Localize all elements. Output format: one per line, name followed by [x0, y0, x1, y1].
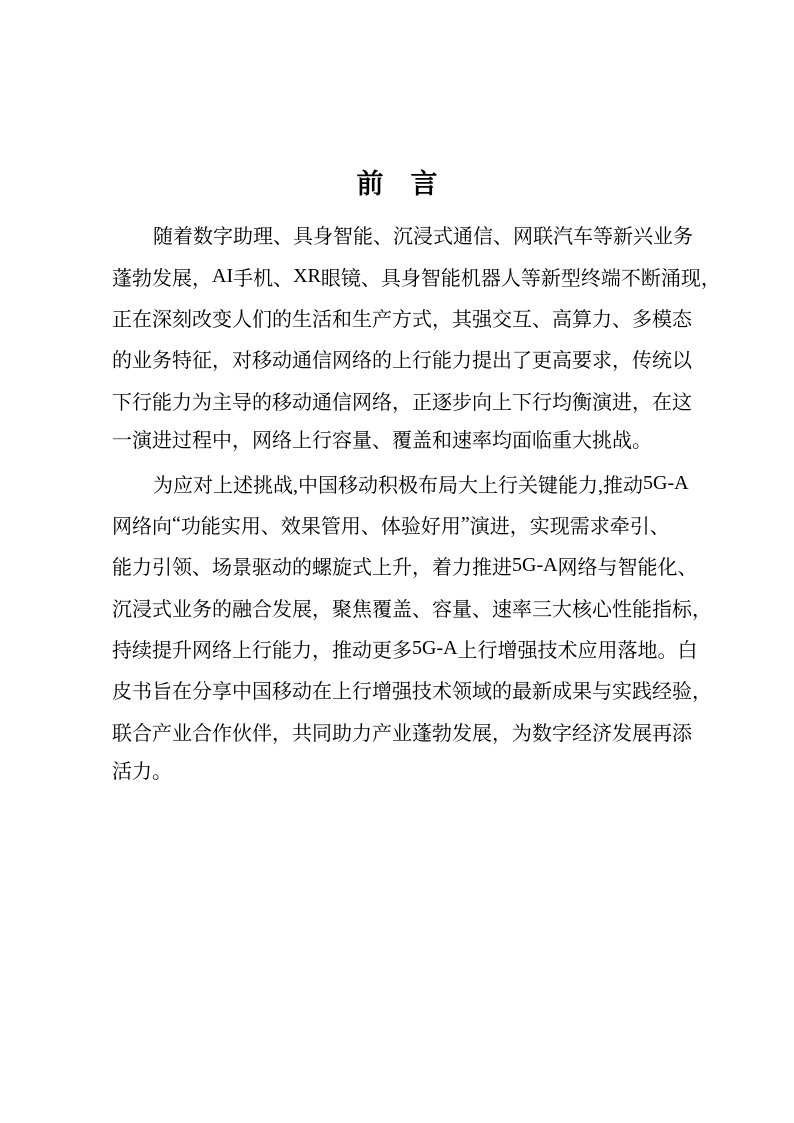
text-line: 蓬勃发展，AI手机、XR眼镜、具身智能机器人等新型终端不断涌现，	[112, 255, 668, 296]
text-line: 沉浸式业务的融合发展，聚焦覆盖、容量、速率三大核心性能指标，	[112, 587, 668, 628]
text-line: 持续提升网络上行能力，推动更多5G-A上行增强技术应用落地。白	[112, 628, 668, 669]
text-line: 能力引领、场景驱动的螺旋式上升，着力推进5G-A网络与智能化、	[112, 545, 668, 586]
text-line: 正在深刻改变人们的生活和生产方式，其强交互、高算力、多模态	[112, 297, 668, 338]
text-line: 联合产业合作伙伴，共同助力产业蓬勃发展，为数字经济发展再添	[112, 711, 668, 752]
text-line: 网络向“功能实用、效果管用、体验好用”演进，实现需求牵引、	[112, 504, 668, 545]
text-line: 为应对上述挑战,中国移动积极布局大上行关键能力,推动5G-A	[112, 462, 668, 503]
text-line: 活力。	[112, 752, 668, 793]
document-page: 前 言 随着数字助理、具身智能、沉浸式通信、网联汽车等新兴业务蓬勃发展，AI手机…	[0, 0, 794, 1123]
text-line: 的业务特征，对移动通信网络的上行能力提出了更高要求，传统以	[112, 338, 668, 379]
page-title: 前 言	[0, 168, 794, 200]
text-line: 下行能力为主导的移动通信网络，正逐步向上下行均衡演进，在这	[112, 380, 668, 421]
document-body: 随着数字助理、具身智能、沉浸式通信、网联汽车等新兴业务蓬勃发展，AI手机、XR眼…	[112, 214, 668, 793]
text-line: 一演进过程中，网络上行容量、覆盖和速率均面临重大挑战。	[112, 421, 668, 462]
text-line: 随着数字助理、具身智能、沉浸式通信、网联汽车等新兴业务	[112, 214, 668, 255]
text-line: 皮书旨在分享中国移动在上行增强技术领域的最新成果与实践经验，	[112, 669, 668, 710]
